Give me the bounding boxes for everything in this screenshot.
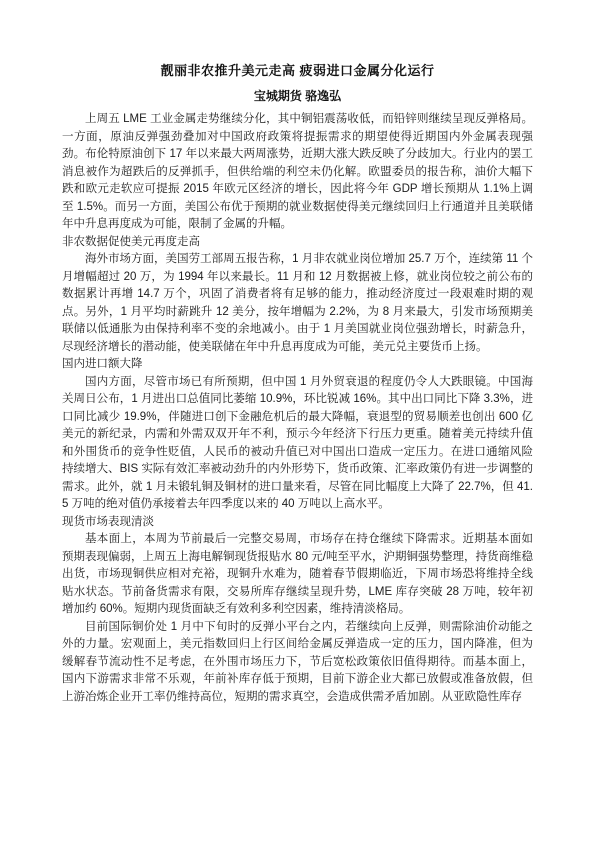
byline: 宝城期货 骆逸弘 <box>62 87 533 105</box>
body-paragraph: 上周五 LME 工业金属走势继续分化，其中铜铝震荡收低，而铅锌则继续呈现反弹格局… <box>62 111 533 234</box>
body-paragraph: 目前国际铜价处 1 月中下旬时的反弹小平台之内，若继续向上反弹，则需除油价动能之… <box>62 619 533 707</box>
page-title: 靓丽非农推升美元走高 疲弱进口金属分化运行 <box>62 62 533 80</box>
body-paragraph: 海外市场方面，美国劳工部周五报告称，1 月非农就业岗位增加 25.7 万个，连续… <box>62 251 533 356</box>
body-paragraph: 国内方面，尽管市场已有所预期，但中国 1 月外贸衰退的程度仍令人大跌眼镜。中国海… <box>62 374 533 514</box>
section-heading: 非农数据促使美元再度走高 <box>62 234 533 252</box>
body-paragraph: 基本面上，本周为节前最后一完整交易周，市场存在持仓继续下降需求。近期基本面如预期… <box>62 531 533 619</box>
section-heading: 国内进口额大降 <box>62 356 533 374</box>
section-heading: 现货市场表现清淡 <box>62 514 533 532</box>
document-page: 靓丽非农推升美元走高 疲弱进口金属分化运行 宝城期货 骆逸弘 上周五 LME 工… <box>0 0 595 842</box>
document-body: 上周五 LME 工业金属走势继续分化，其中铜铝震荡收低，而铅锌则继续呈现反弹格局… <box>62 111 533 706</box>
